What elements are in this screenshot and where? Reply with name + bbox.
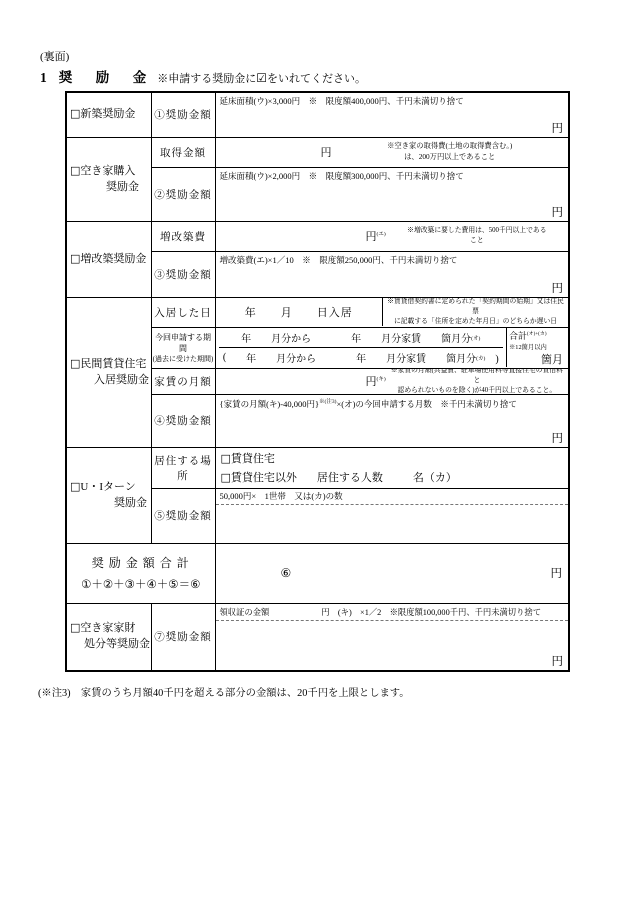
section-number: 1 xyxy=(40,70,47,85)
cell-renovation-cost: 円(エ) ※増改築に要した費用は、500千円以上である こと xyxy=(215,221,569,251)
rental-housing-option: □賃貸住宅 xyxy=(221,450,569,466)
row-residence-place: □U・Iターン 奨励金 居住する場所 □賃貸住宅 □賃貸住宅以外居住する人数名（… xyxy=(66,447,569,488)
period-total-months-field[interactable]: 箇月 xyxy=(509,351,566,368)
vacant-purchase-label-line2: 奨励金 xyxy=(70,180,148,196)
rental-housing-checkbox[interactable]: □ xyxy=(221,452,231,465)
grant-form-table: □新築奨励金 ①奨励金額 延床面積(ウ)×3,000円 ※ 限度額400,000… xyxy=(65,91,570,672)
monthly-rent-note-line1: ※家賃の月額(共益費、駐車場使用料等直接住宅の賃借料と xyxy=(388,368,566,386)
formula-3: 増改築費(エ)×1／10 ※ 限度額250,000円、千円未満切り捨て xyxy=(216,252,569,266)
move-in-date-field[interactable]: 年 月 日入居 xyxy=(216,298,383,326)
new-construction-label: 新築奨励金 xyxy=(80,108,135,120)
ui-turn-checkbox[interactable]: □ xyxy=(70,480,80,493)
period-total-label: 合計(オ)+(カ) xyxy=(509,329,566,342)
move-in-date-note-line2: に記載する「住所を定めた年月日」のどちらか遅い日 xyxy=(385,317,566,327)
row-renovation-cost: □増改築奨励金 増改築費 円(エ) ※増改築に要した費用は、500千円以上である… xyxy=(66,221,569,251)
application-period-label-line2: (過去に受けた期間) xyxy=(153,354,214,364)
non-rental-housing-option: □賃貸住宅以外居住する人数名（カ） xyxy=(221,469,569,485)
formula-4-note-marker: ※(注3) xyxy=(319,399,336,405)
cell-residence-place: □賃貸住宅 □賃貸住宅以外居住する人数名（カ） xyxy=(215,447,569,488)
private-rental-label-line2: 入居奨励金 xyxy=(70,373,148,389)
amount-label-7: ⑦奨励金額 xyxy=(151,603,215,671)
yen-unit-rent: 円(キ) xyxy=(366,373,386,389)
cell-amount-5: 50,000円× 1世帯 又は(カ)の数 xyxy=(215,488,569,543)
renovation-checkbox[interactable]: □ xyxy=(70,252,80,265)
formula-4: {家賃の月額(キ)-40,000円}※(注3)×(オ)の今回申請する月数 ※千円… xyxy=(216,395,569,410)
renovation-note-line1: ※増改築に要した費用は、500千円以上である xyxy=(388,226,566,236)
yen-unit-4: 円 xyxy=(552,430,564,446)
cell-amount-3: 増改築費(エ)×1／10 ※ 限度額250,000円、千円未満切り捨て 円 xyxy=(215,251,569,297)
receipt-amount-line: 領収証の金額 円 (キ) ×1／2 ※限度額100,000千円、千円未満切り捨て xyxy=(216,604,569,621)
acquisition-note-line1: ※空き家の取得費(土地の取得費含む。) xyxy=(334,141,567,152)
yen-unit-3: 円 xyxy=(552,280,564,296)
residence-place-label: 居住する場所 xyxy=(151,447,215,488)
cell-category-vacant-purchase: □空き家購入 奨励金 xyxy=(66,137,151,221)
yen-unit-total: 円 xyxy=(551,565,563,581)
past-period-marker: (カ) xyxy=(476,354,485,362)
grant-total-title-line2: ①＋②＋③＋④＋⑤＝⑥ xyxy=(67,576,215,592)
section-heading: 1奨 励 金※申請する奨励金に☑をいれてください。 xyxy=(40,66,366,87)
disposal-label-line2: 処分等奨励金 xyxy=(70,637,148,653)
move-in-date-label: 入居した日 xyxy=(151,297,215,327)
yen-unit-renovation: 円(エ) xyxy=(366,228,386,244)
non-rental-housing-option-label: 賃貸住宅以外 xyxy=(231,472,297,484)
row-acquisition-amount: □空き家購入 奨励金 取得金額 円 ※空き家の取得費(土地の取得費含む。) は、… xyxy=(66,137,569,167)
back-side-label: (裏面) xyxy=(40,48,69,64)
rent-marker: (キ) xyxy=(377,376,386,382)
non-rental-housing-checkbox[interactable]: □ xyxy=(221,471,231,484)
renovation-note: ※増改築に要した費用は、500千円以上である こと xyxy=(386,226,568,246)
receipt-formula: 円 (キ) ×1／2 ※限度額100,000千円、千円未満切り捨て xyxy=(321,606,541,618)
amount-label-5: ⑤奨励金額 xyxy=(151,488,215,543)
period-total-box: 合計(オ)+(カ) ※12箇月以内 箇月 xyxy=(506,328,568,367)
cell-category-disposal: □空き家家財 処分等奨励金 xyxy=(66,603,151,671)
row-move-in-date: □民間賃貸住宅 入居奨励金 入居した日 年 月 日入居 ※賃貸借契約書に定められ… xyxy=(66,297,569,327)
cell-category-private-rental: □民間賃貸住宅 入居奨励金 xyxy=(66,297,151,447)
private-rental-label-line1: 民間賃貸住宅 xyxy=(80,358,146,370)
monthly-rent-note-line2: 認められないものを除く)が40千円以上であること。 xyxy=(388,386,566,394)
renovation-marker: (エ) xyxy=(377,231,386,237)
current-period-marker: (オ) xyxy=(471,334,480,342)
cell-amount-7: 領収証の金額 円 (キ) ×1／2 ※限度額100,000千円、千円未満切り捨て… xyxy=(215,603,569,671)
acquisition-note-line2: は、200万円以上であること xyxy=(334,152,567,163)
move-in-date-note: ※賃貸借契約書に定められた「契約期間の始期」又は住民票 に記載する「住所を定めた… xyxy=(382,298,568,326)
application-period-label: 今回申請する期間 (過去に受けた期間) xyxy=(151,327,215,368)
period-total-marker: (オ)+(カ) xyxy=(527,332,546,337)
cell-category-renovation: □増改築奨励金 xyxy=(66,221,151,297)
grant-total-title-line1: 奨 励 金 額 合 計 xyxy=(67,554,215,571)
cell-application-period: 年 月分から 年 月分家賃 箇月分(オ) ( 年 月分から 年 月分家賃 箇月分… xyxy=(215,327,569,368)
private-rental-checkbox[interactable]: □ xyxy=(70,357,80,370)
footnote-note3: (※注3) 家賃のうち月額40千円を超える部分の金額は、20千円を上限とします。 xyxy=(38,684,410,699)
formula-5: 50,000円× 1世帯 又は(カ)の数 xyxy=(216,489,569,505)
cell-acquisition-amount: 円 ※空き家の取得費(土地の取得費含む。) は、200万円以上であること xyxy=(215,137,569,167)
grant-total-input[interactable] xyxy=(291,544,550,602)
cell-category-new-construction: □新築奨励金 xyxy=(66,92,151,137)
application-period-label-line1: 今回申請する期間 xyxy=(153,332,214,354)
row-grant-total: 奨 励 金 額 合 計 ①＋②＋③＋④＋⑤＝⑥ ⑥ 円 xyxy=(66,543,569,603)
acquisition-note: ※空き家の取得費(土地の取得費含む。) は、200万円以上であること xyxy=(332,141,569,162)
cell-grant-total-title: 奨 励 金 額 合 計 ①＋②＋③＋④＋⑤＝⑥ xyxy=(66,543,215,603)
yen-unit-7: 円 xyxy=(552,653,564,669)
resident-count-label: 居住する人数 xyxy=(317,472,383,484)
period-total-note: ※12箇月以内 xyxy=(509,342,566,351)
renovation-cost-label: 増改築費 xyxy=(151,221,215,251)
amount-label-3: ③奨励金額 xyxy=(151,251,215,297)
cell-move-in-date: 年 月 日入居 ※賃貸借契約書に定められた「契約期間の始期」又は住民票 に記載す… xyxy=(215,297,569,327)
formula-1: 延床面積(ウ)×3,000円 ※ 限度額400,000円、千円未満切り捨て xyxy=(216,93,569,107)
yen-unit-acquisition: 円 xyxy=(321,144,332,160)
amount-label-1: ①奨励金額 xyxy=(151,92,215,137)
checked-checkbox-icon: ☑ xyxy=(256,71,267,85)
resident-count-unit: 名（カ） xyxy=(413,472,457,484)
move-in-date-note-line1: ※賃貸借契約書に定められた「契約期間の始期」又は住民票 xyxy=(385,297,566,317)
disposal-label-line1: 空き家家財 xyxy=(80,622,135,634)
grant-total-mark: ⑥ xyxy=(281,566,292,581)
ui-turn-label-line2: 奨励金 xyxy=(70,496,148,512)
current-period-fields[interactable]: 年 月分から 年 月分家賃 箇月分(オ) xyxy=(219,328,504,348)
rental-housing-option-label: 賃貸住宅 xyxy=(231,453,275,465)
amount-label-2: ②奨励金額 xyxy=(151,167,215,221)
past-period-fields[interactable]: ( 年 月分から 年 月分家賃 箇月分(カ) ) xyxy=(216,348,507,367)
yen-unit-1: 円 xyxy=(552,120,564,136)
monthly-rent-note: ※家賃の月額(共益費、駐車場使用料等直接住宅の賃借料と 認められないものを除く)… xyxy=(386,368,568,394)
renovation-note-line2: こと xyxy=(388,236,566,246)
yen-unit-2: 円 xyxy=(552,204,564,220)
renovation-label: 増改築奨励金 xyxy=(80,253,146,265)
monthly-rent-label: 家賃の月額 xyxy=(151,368,215,394)
vacant-purchase-label-line1: 空き家購入 xyxy=(80,165,135,177)
section-title: 奨 励 金 xyxy=(59,70,152,85)
cell-grant-total: ⑥ 円 xyxy=(215,543,569,603)
formula-2: 延床面積(ウ)×2,000円 ※ 限度額300,000円、千円未満切り捨て xyxy=(216,168,569,182)
cell-amount-2: 延床面積(ウ)×2,000円 ※ 限度額300,000円、千円未満切り捨て 円 xyxy=(215,167,569,221)
ui-turn-label-line1: U・Iターン xyxy=(80,481,135,493)
cell-amount-1: 延床面積(ウ)×3,000円 ※ 限度額400,000円、千円未満切り捨て 円 xyxy=(215,92,569,137)
amount-label-4: ④奨励金額 xyxy=(151,394,215,447)
form-page: (裏面) 1奨 励 金※申請する奨励金に☑をいれてください。 □新築奨励金 ①奨… xyxy=(0,0,630,903)
section-note-post: をいれてください。 xyxy=(267,73,366,85)
section-note: ※申請する奨励金に☑をいれてください。 xyxy=(157,73,366,85)
vacant-purchase-checkbox[interactable]: □ xyxy=(70,164,80,177)
acquisition-amount-label: 取得金額 xyxy=(151,137,215,167)
section-note-pre: ※申請する奨励金に xyxy=(157,73,256,85)
disposal-checkbox[interactable]: □ xyxy=(70,621,80,634)
cell-category-ui-turn: □U・Iターン 奨励金 xyxy=(66,447,151,543)
receipt-amount-label: 領収証の金額 xyxy=(220,606,270,618)
cell-amount-4: {家賃の月額(キ)-40,000円}※(注3)×(オ)の今回申請する月数 ※千円… xyxy=(215,394,569,447)
row-disposal-grant: □空き家家財 処分等奨励金 ⑦奨励金額 領収証の金額 円 (キ) ×1／2 ※限… xyxy=(66,603,569,671)
row-new-construction: □新築奨励金 ①奨励金額 延床面積(ウ)×3,000円 ※ 限度額400,000… xyxy=(66,92,569,137)
cell-monthly-rent: 円(キ) ※家賃の月額(共益費、駐車場使用料等直接住宅の賃借料と 認められないも… xyxy=(215,368,569,394)
new-construction-checkbox[interactable]: □ xyxy=(70,107,80,120)
